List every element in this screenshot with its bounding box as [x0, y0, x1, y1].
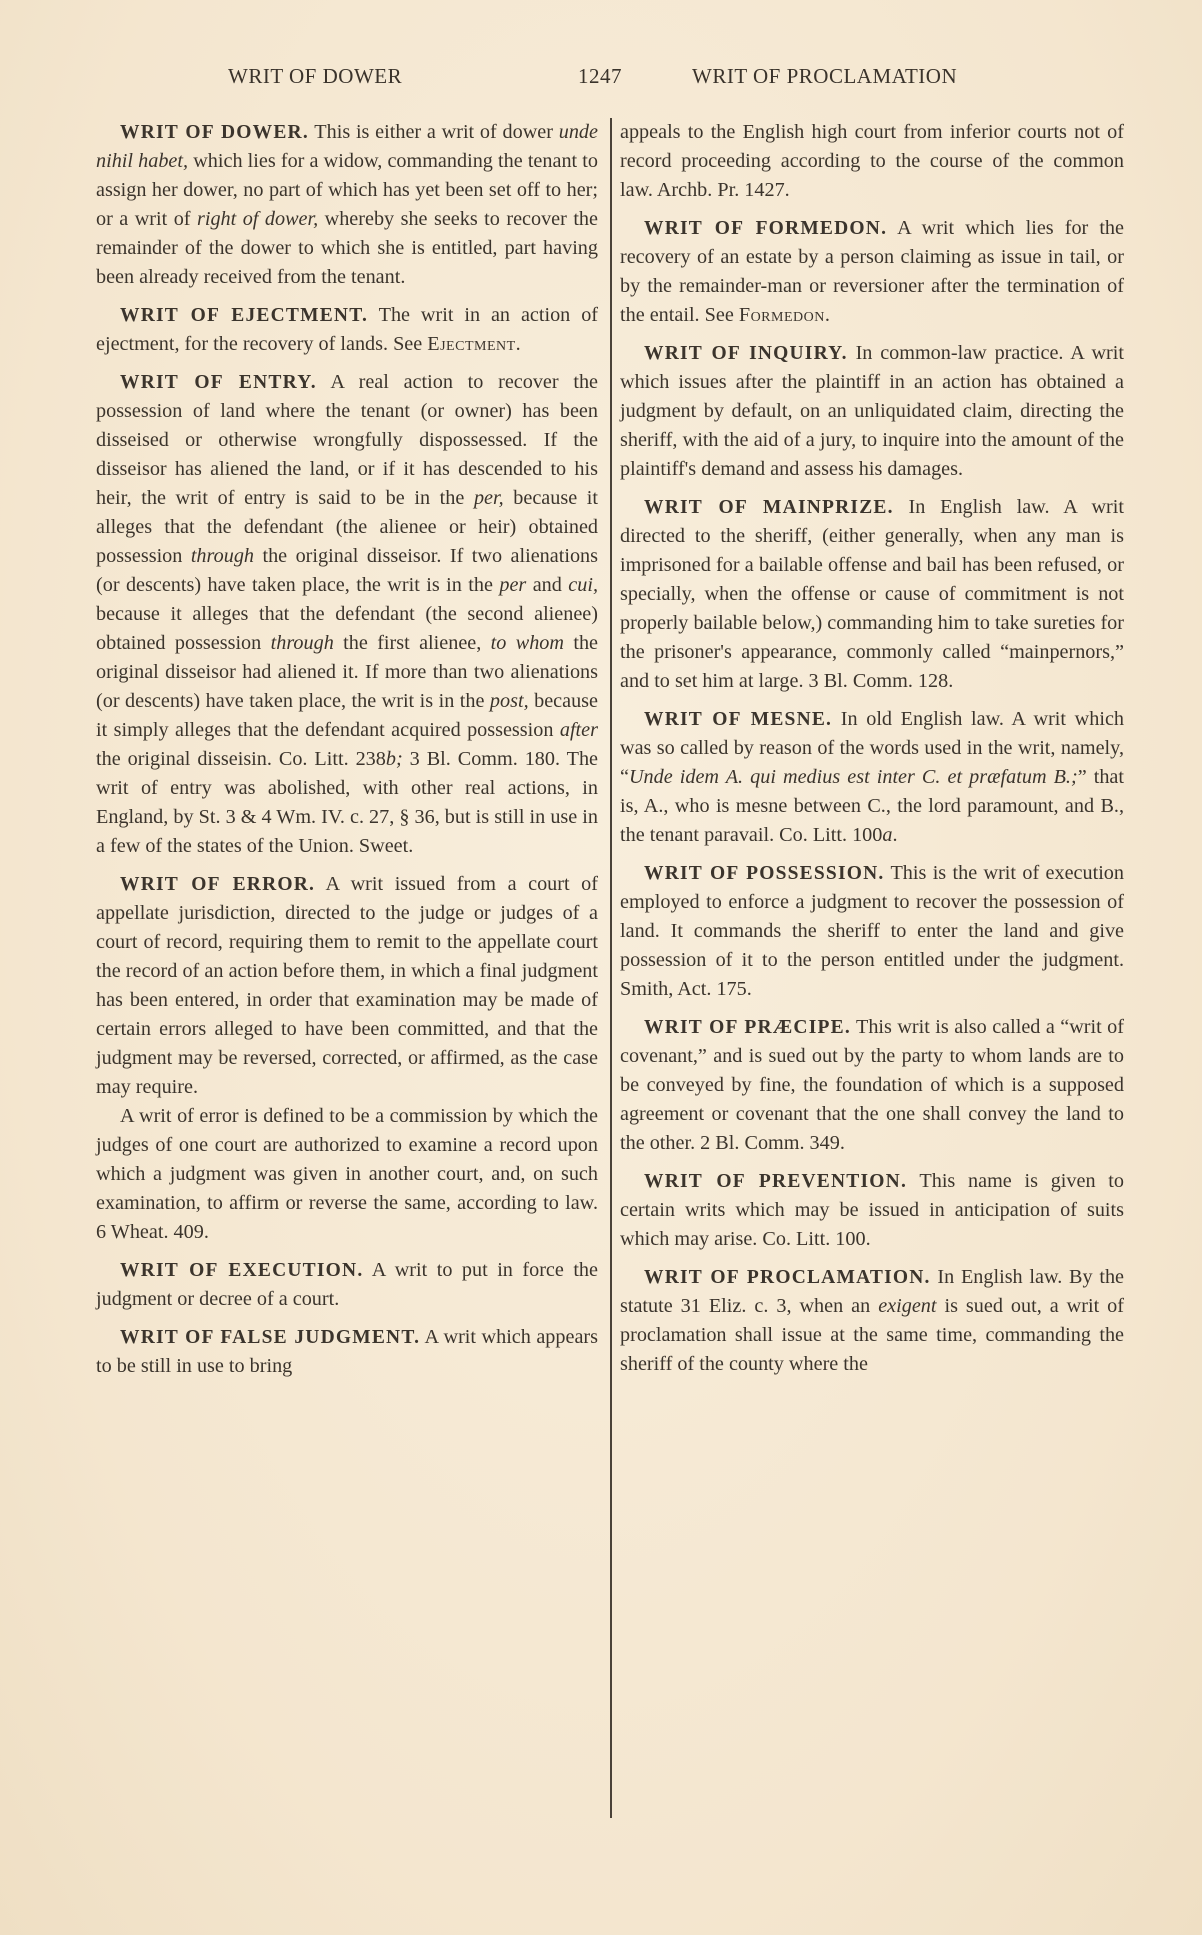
- right-column: appeals to the English high court from i…: [620, 118, 1124, 1388]
- entry-italic: to whom: [491, 632, 564, 654]
- entry-writ-of-error-paragraph-2: A writ of error is defined to be a commi…: [96, 1102, 598, 1247]
- entry-writ-of-praecipe: WRIT OF PRÆCIPE. This writ is also calle…: [620, 1013, 1124, 1158]
- entry-term: WRIT OF FORMEDON.: [644, 218, 887, 239]
- entry-text: .: [892, 824, 897, 846]
- entry-italic: right of dower,: [197, 208, 318, 230]
- entry-writ-of-error: WRIT OF ERROR. A writ issued from a cour…: [96, 870, 598, 1102]
- cross-reference: Ejectment: [427, 333, 515, 355]
- entry-italic: after: [560, 719, 598, 741]
- left-column: WRIT OF DOWER. This is either a writ of …: [96, 118, 598, 1390]
- entry-italic: per,: [474, 487, 504, 509]
- entry-term: WRIT OF INQUIRY.: [644, 343, 848, 364]
- entry-writ-of-mesne: WRIT OF MESNE. In old English law. A wri…: [620, 705, 1124, 850]
- entry-text: .: [516, 333, 521, 355]
- running-head: WRIT OF DOWER 1247 WRIT OF PROCLAMATION: [0, 64, 1202, 94]
- entry-italic: cui,: [568, 574, 598, 596]
- running-head-left: WRIT OF DOWER: [228, 64, 402, 89]
- entry-term: WRIT OF ERROR.: [120, 874, 315, 895]
- entry-writ-of-prevention: WRIT OF PREVENTION. This name is given t…: [620, 1167, 1124, 1254]
- entry-term: WRIT OF PRÆCIPE.: [644, 1017, 851, 1038]
- entry-italic: b;: [386, 748, 403, 770]
- entry-term: WRIT OF EJECTMENT.: [120, 305, 368, 326]
- entry-term: WRIT OF PROCLAMATION.: [644, 1267, 931, 1288]
- entry-text: and: [526, 574, 568, 596]
- entry-writ-of-false-judgment: WRIT OF FALSE JUDGMENT. A writ which app…: [96, 1323, 598, 1381]
- entry-writ-of-mainprize: WRIT OF MAINPRIZE. In English law. A wri…: [620, 493, 1124, 696]
- column-divider: [610, 118, 612, 1818]
- entry-term: WRIT OF PREVENTION.: [644, 1171, 907, 1192]
- entry-writ-of-possession: WRIT OF POSSESSION. This is the writ of …: [620, 859, 1124, 1004]
- entry-italic: exigent: [878, 1295, 936, 1317]
- entry-text: the original disseisin. Co. Litt. 238: [96, 748, 386, 770]
- entry-term: WRIT OF FALSE JUDGMENT.: [120, 1327, 420, 1348]
- entry-text: In English law. A writ directed to the s…: [620, 496, 1124, 692]
- entry-italic: per: [499, 574, 526, 596]
- entry-writ-of-execution: WRIT OF EXECUTION. A writ to put in forc…: [96, 1256, 598, 1314]
- page-number: 1247: [578, 64, 622, 89]
- entry-text: A writ issued from a court of appellate …: [96, 873, 598, 1098]
- entry-term: WRIT OF ENTRY.: [120, 372, 317, 393]
- entry-italic: Unde idem A. qui medius est inter C. et …: [629, 766, 1078, 788]
- entry-term: WRIT OF EXECUTION.: [120, 1260, 363, 1281]
- entry-term: WRIT OF MAINPRIZE.: [644, 497, 894, 518]
- entry-term: WRIT OF MESNE.: [644, 709, 832, 730]
- entry-term: WRIT OF DOWER.: [120, 122, 309, 143]
- entry-writ-of-formedon: WRIT OF FORMEDON. A writ which lies for …: [620, 214, 1124, 330]
- entry-italic: post,: [490, 690, 529, 712]
- entry-writ-of-ejectment: WRIT OF EJECTMENT. The writ in an action…: [96, 301, 598, 359]
- entry-writ-of-inquiry: WRIT OF INQUIRY. In common-law practice.…: [620, 339, 1124, 484]
- entry-term: WRIT OF POSSESSION.: [644, 863, 885, 884]
- entry-writ-of-false-judgment-continued: appeals to the English high court from i…: [620, 118, 1124, 205]
- entry-writ-of-proclamation: WRIT OF PROCLAMATION. In English law. By…: [620, 1263, 1124, 1379]
- entry-italic: through: [191, 545, 254, 567]
- entry-italic: a: [882, 824, 892, 846]
- entry-text: .: [825, 304, 830, 326]
- running-head-right: WRIT OF PROCLAMATION: [692, 64, 957, 89]
- entry-text: the first alienee,: [334, 632, 491, 654]
- entry-writ-of-dower: WRIT OF DOWER. This is either a writ of …: [96, 118, 598, 292]
- entry-text: This is either a writ of dower: [309, 121, 559, 143]
- cross-reference: Formedon: [739, 304, 825, 326]
- entry-writ-of-entry: WRIT OF ENTRY. A real action to recover …: [96, 368, 598, 861]
- entry-italic: through: [271, 632, 334, 654]
